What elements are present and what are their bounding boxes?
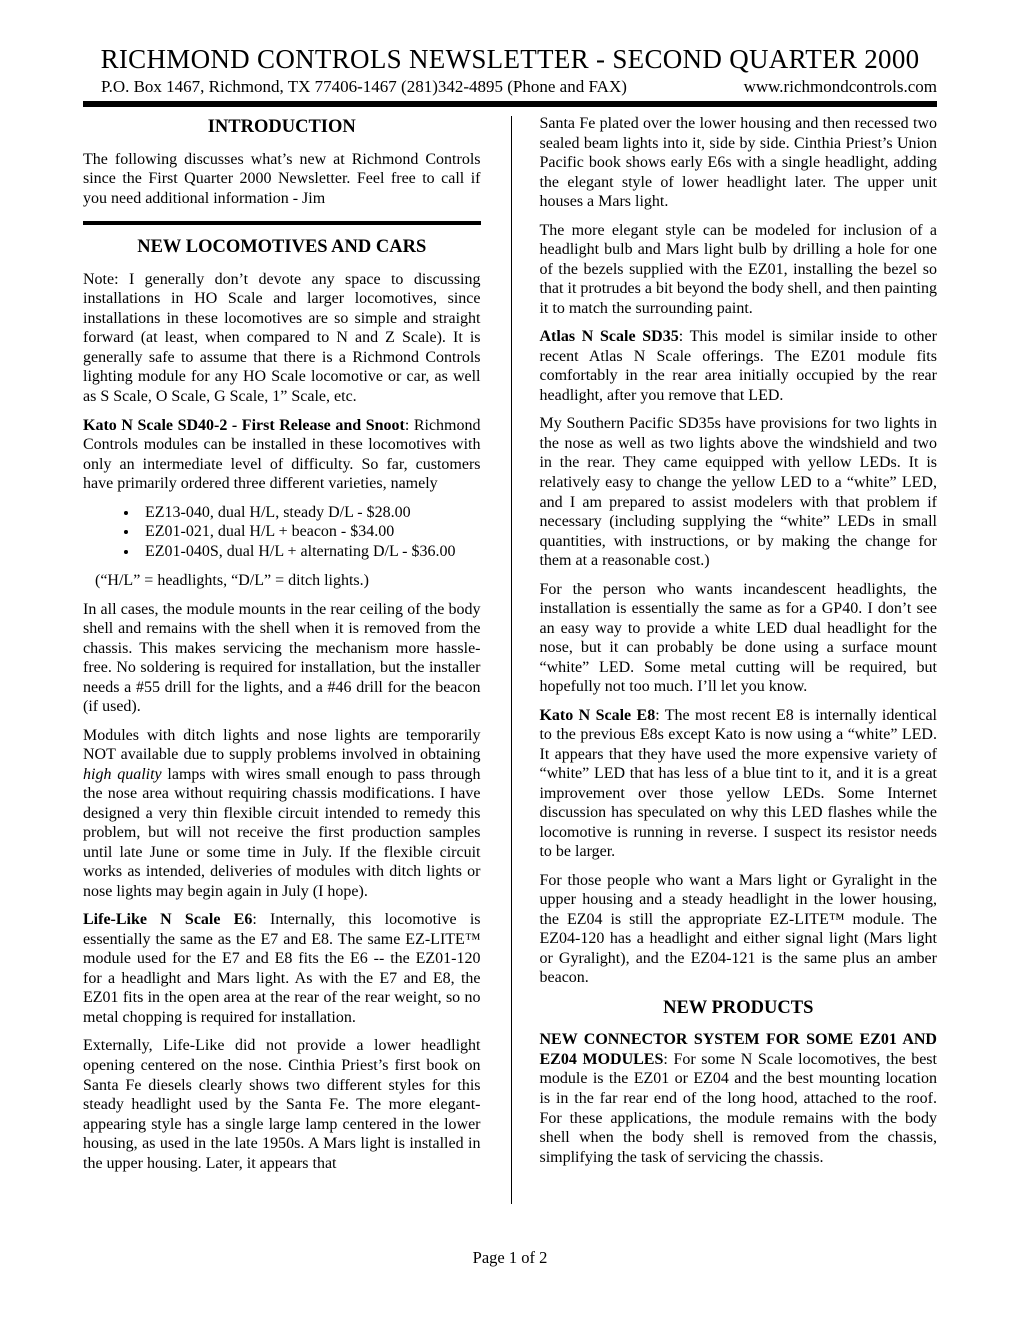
- paragraph-kato-e8: Kato N Scale E8: The most recent E8 is i…: [539, 706, 937, 862]
- paragraph-modules-ditch-lights: Modules with ditch lights and nose light…: [83, 726, 481, 902]
- section-heading-new-locomotives: NEW LOCOMOTIVES AND CARS: [83, 236, 481, 259]
- paragraph-santafe: Santa Fe plated over the lower housing a…: [539, 114, 937, 212]
- newsletter-title: RICHMOND CONTROLS NEWSLETTER - SECOND QU…: [83, 44, 937, 74]
- section-heading-new-products: NEW PRODUCTS: [539, 997, 937, 1020]
- runin-heading-atlas-sd35: Atlas N Scale SD35: [539, 328, 678, 345]
- section-heading-introduction: INTRODUCTION: [83, 116, 481, 139]
- paragraph-kato-e8-text: : The most recent E8 is internally ident…: [539, 707, 937, 861]
- newsletter-page: RICHMOND CONTROLS NEWSLETTER - SECOND QU…: [0, 0, 1020, 1320]
- section-double-rule: [83, 221, 481, 225]
- left-column: INTRODUCTION The following discusses wha…: [83, 114, 481, 1212]
- runin-heading-kato-sd40: Kato N Scale SD40-2 - First Release and …: [83, 417, 405, 434]
- paragraph-intro: The following discusses what’s new at Ri…: [83, 150, 481, 209]
- runin-heading-kato-e8: Kato N Scale E8: [539, 707, 655, 724]
- paragraph-incandescent: For the person who wants incandescent he…: [539, 580, 937, 697]
- two-column-body: INTRODUCTION The following discusses wha…: [83, 114, 937, 1212]
- list-item-ez01-021: EZ01-021, dual H/L + beacon - $34.00: [139, 522, 481, 542]
- paragraph-atlas-sd35: Atlas N Scale SD35: This model is simila…: [539, 327, 937, 405]
- paragraph-hl-abbreviation-note: (“H/L” = headlights, “D/L” = ditch light…: [83, 571, 481, 591]
- footer-page-number: Page 1 of 2: [0, 1248, 1020, 1268]
- paragraph-modules-post: lamps with wires small enough to pass th…: [83, 766, 481, 900]
- paragraph-externally: Externally, Life-Like did not provide a …: [83, 1036, 481, 1173]
- list-item-ez13-040: EZ13-040, dual H/L, steady D/L - $28.00: [139, 503, 481, 523]
- paragraph-all-cases: In all cases, the module mounts in the r…: [83, 600, 481, 717]
- website-url: www.richmondcontrols.com: [744, 77, 937, 97]
- address-line: P.O. Box 1467, Richmond, TX 77406-1467 (…: [101, 77, 627, 97]
- column-divider-rule: [511, 116, 513, 1204]
- paragraph-kato-sd40: Kato N Scale SD40-2 - First Release and …: [83, 416, 481, 494]
- paragraph-lifelike-e6-text: : Internally, this locomotive is essenti…: [83, 911, 481, 1026]
- paragraph-new-connector-text: : For some N Scale locomotives, the best…: [539, 1051, 937, 1166]
- paragraph-new-connector: NEW CONNECTOR SYSTEM FOR SOME EZ01 AND E…: [539, 1030, 937, 1167]
- paragraph-lifelike-e6: Life-Like N Scale E6: Internally, this l…: [83, 910, 481, 1027]
- header-address-row: P.O. Box 1467, Richmond, TX 77406-1467 (…: [83, 77, 937, 97]
- header-double-rule: [83, 101, 937, 107]
- italic-high-quality: high quality: [83, 766, 162, 783]
- list-item-ez01-040s: EZ01-040S, dual H/L + alternating D/L - …: [139, 542, 481, 562]
- paragraph-modules-pre: Modules with ditch lights and nose light…: [83, 727, 481, 764]
- right-column: Santa Fe plated over the lower housing a…: [539, 114, 937, 1212]
- paragraph-note: Note: I generally don’t devote any space…: [83, 270, 481, 407]
- paragraph-mars-gyralight: For those people who want a Mars light o…: [539, 871, 937, 988]
- paragraph-elegant-style: The more elegant style can be modeled fo…: [539, 221, 937, 319]
- products-list: EZ13-040, dual H/L, steady D/L - $28.00 …: [83, 503, 481, 562]
- runin-heading-lifelike-e6: Life-Like N Scale E6: [83, 911, 252, 928]
- paragraph-southern-pacific: My Southern Pacific SD35s have provision…: [539, 414, 937, 570]
